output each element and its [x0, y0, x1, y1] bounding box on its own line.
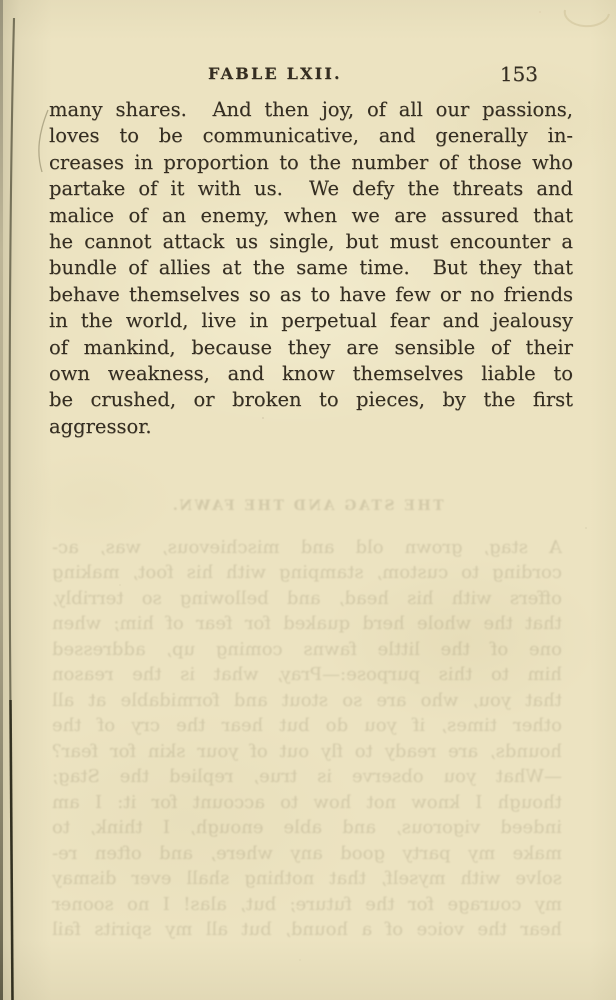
chapter-heading: FABLE LXII. — [208, 64, 342, 83]
book-page: FABLE LXII. 153 many shares. And then jo… — [0, 0, 616, 1000]
bleedthrough-line: hear the voice of a hound, but all my sp… — [52, 917, 562, 943]
text-line: of mankind, because they are sensible of… — [49, 335, 573, 361]
page-left-edge — [0, 0, 3, 1000]
text-line: aggressor. — [49, 414, 573, 440]
bleedthrough-line: my courage for the future; but, alas! I … — [52, 892, 562, 918]
text-line: loves to be communicative, and generally… — [49, 123, 573, 149]
text-line: behave themselves so as to have few or n… — [49, 282, 573, 308]
bleedthrough-line: other times, if you do but hear the cry … — [52, 713, 562, 739]
bleedthrough-line: hounds, are ready to fly out of your ski… — [52, 739, 562, 765]
paper-crease-mark — [39, 110, 48, 172]
text-line: in the world, live in perpetual fear and… — [49, 308, 573, 334]
text-line: bundle of allies at the same time. But t… — [49, 255, 573, 281]
bleedthrough-line: cording to custom, stamping with his foo… — [52, 560, 562, 586]
text-line: malice of an enemy, when we are assured … — [49, 203, 573, 229]
text-line: partake of it with us. We defy the threa… — [49, 176, 573, 202]
gutter-edge-line-dark — [11, 700, 13, 1000]
text-line: many shares. And then joy, of all our pa… — [49, 97, 573, 123]
bleedthrough-line: —What you observe is true, replied the S… — [52, 764, 562, 790]
gutter-edge-line — [10, 18, 14, 1000]
bleedthrough-line: A stag, grown old and mischievous, was, … — [52, 535, 562, 561]
bleedthrough-line: indeed vigorous, and able enough, I thin… — [52, 815, 562, 841]
body-text: many shares. And then joy, of all our pa… — [49, 97, 573, 440]
bleedthrough-line: him to this purpose:—Pray, what is the r… — [52, 662, 562, 688]
bleedthrough-line: offers with his head, and bellowing so t… — [52, 586, 562, 612]
bleedthrough-title: THE STAG AND THE FAWN. — [52, 494, 562, 520]
text-line: he cannot attack us single, but must enc… — [49, 229, 573, 255]
text-line: be crushed, or broken to pieces, by the … — [49, 387, 573, 413]
bleedthrough-line: make my party good any where, and often … — [52, 841, 562, 867]
text-line: own weakness, and know themselves liable… — [49, 361, 573, 387]
bleedthrough-line: solve with myself, that nothing shall ev… — [52, 866, 562, 892]
page-number: 153 — [500, 62, 538, 86]
text-line: creases in proportion to the number of t… — [49, 150, 573, 176]
corner-ring-mark — [565, 10, 609, 26]
bleedthrough-line: that you, who are so stout and formidabl… — [52, 688, 562, 714]
running-header: FABLE LXII. 153 — [48, 62, 572, 88]
bleedthrough-layer: THE STAG AND THE FAWN. A stag, grown old… — [52, 494, 562, 943]
bleedthrough-line: one of the little fawns coming up, addre… — [52, 637, 562, 663]
bleedthrough-line: that the whole herd quaked for fear of h… — [52, 611, 562, 637]
bleedthrough-line: though I know not how to account for it:… — [52, 790, 562, 816]
